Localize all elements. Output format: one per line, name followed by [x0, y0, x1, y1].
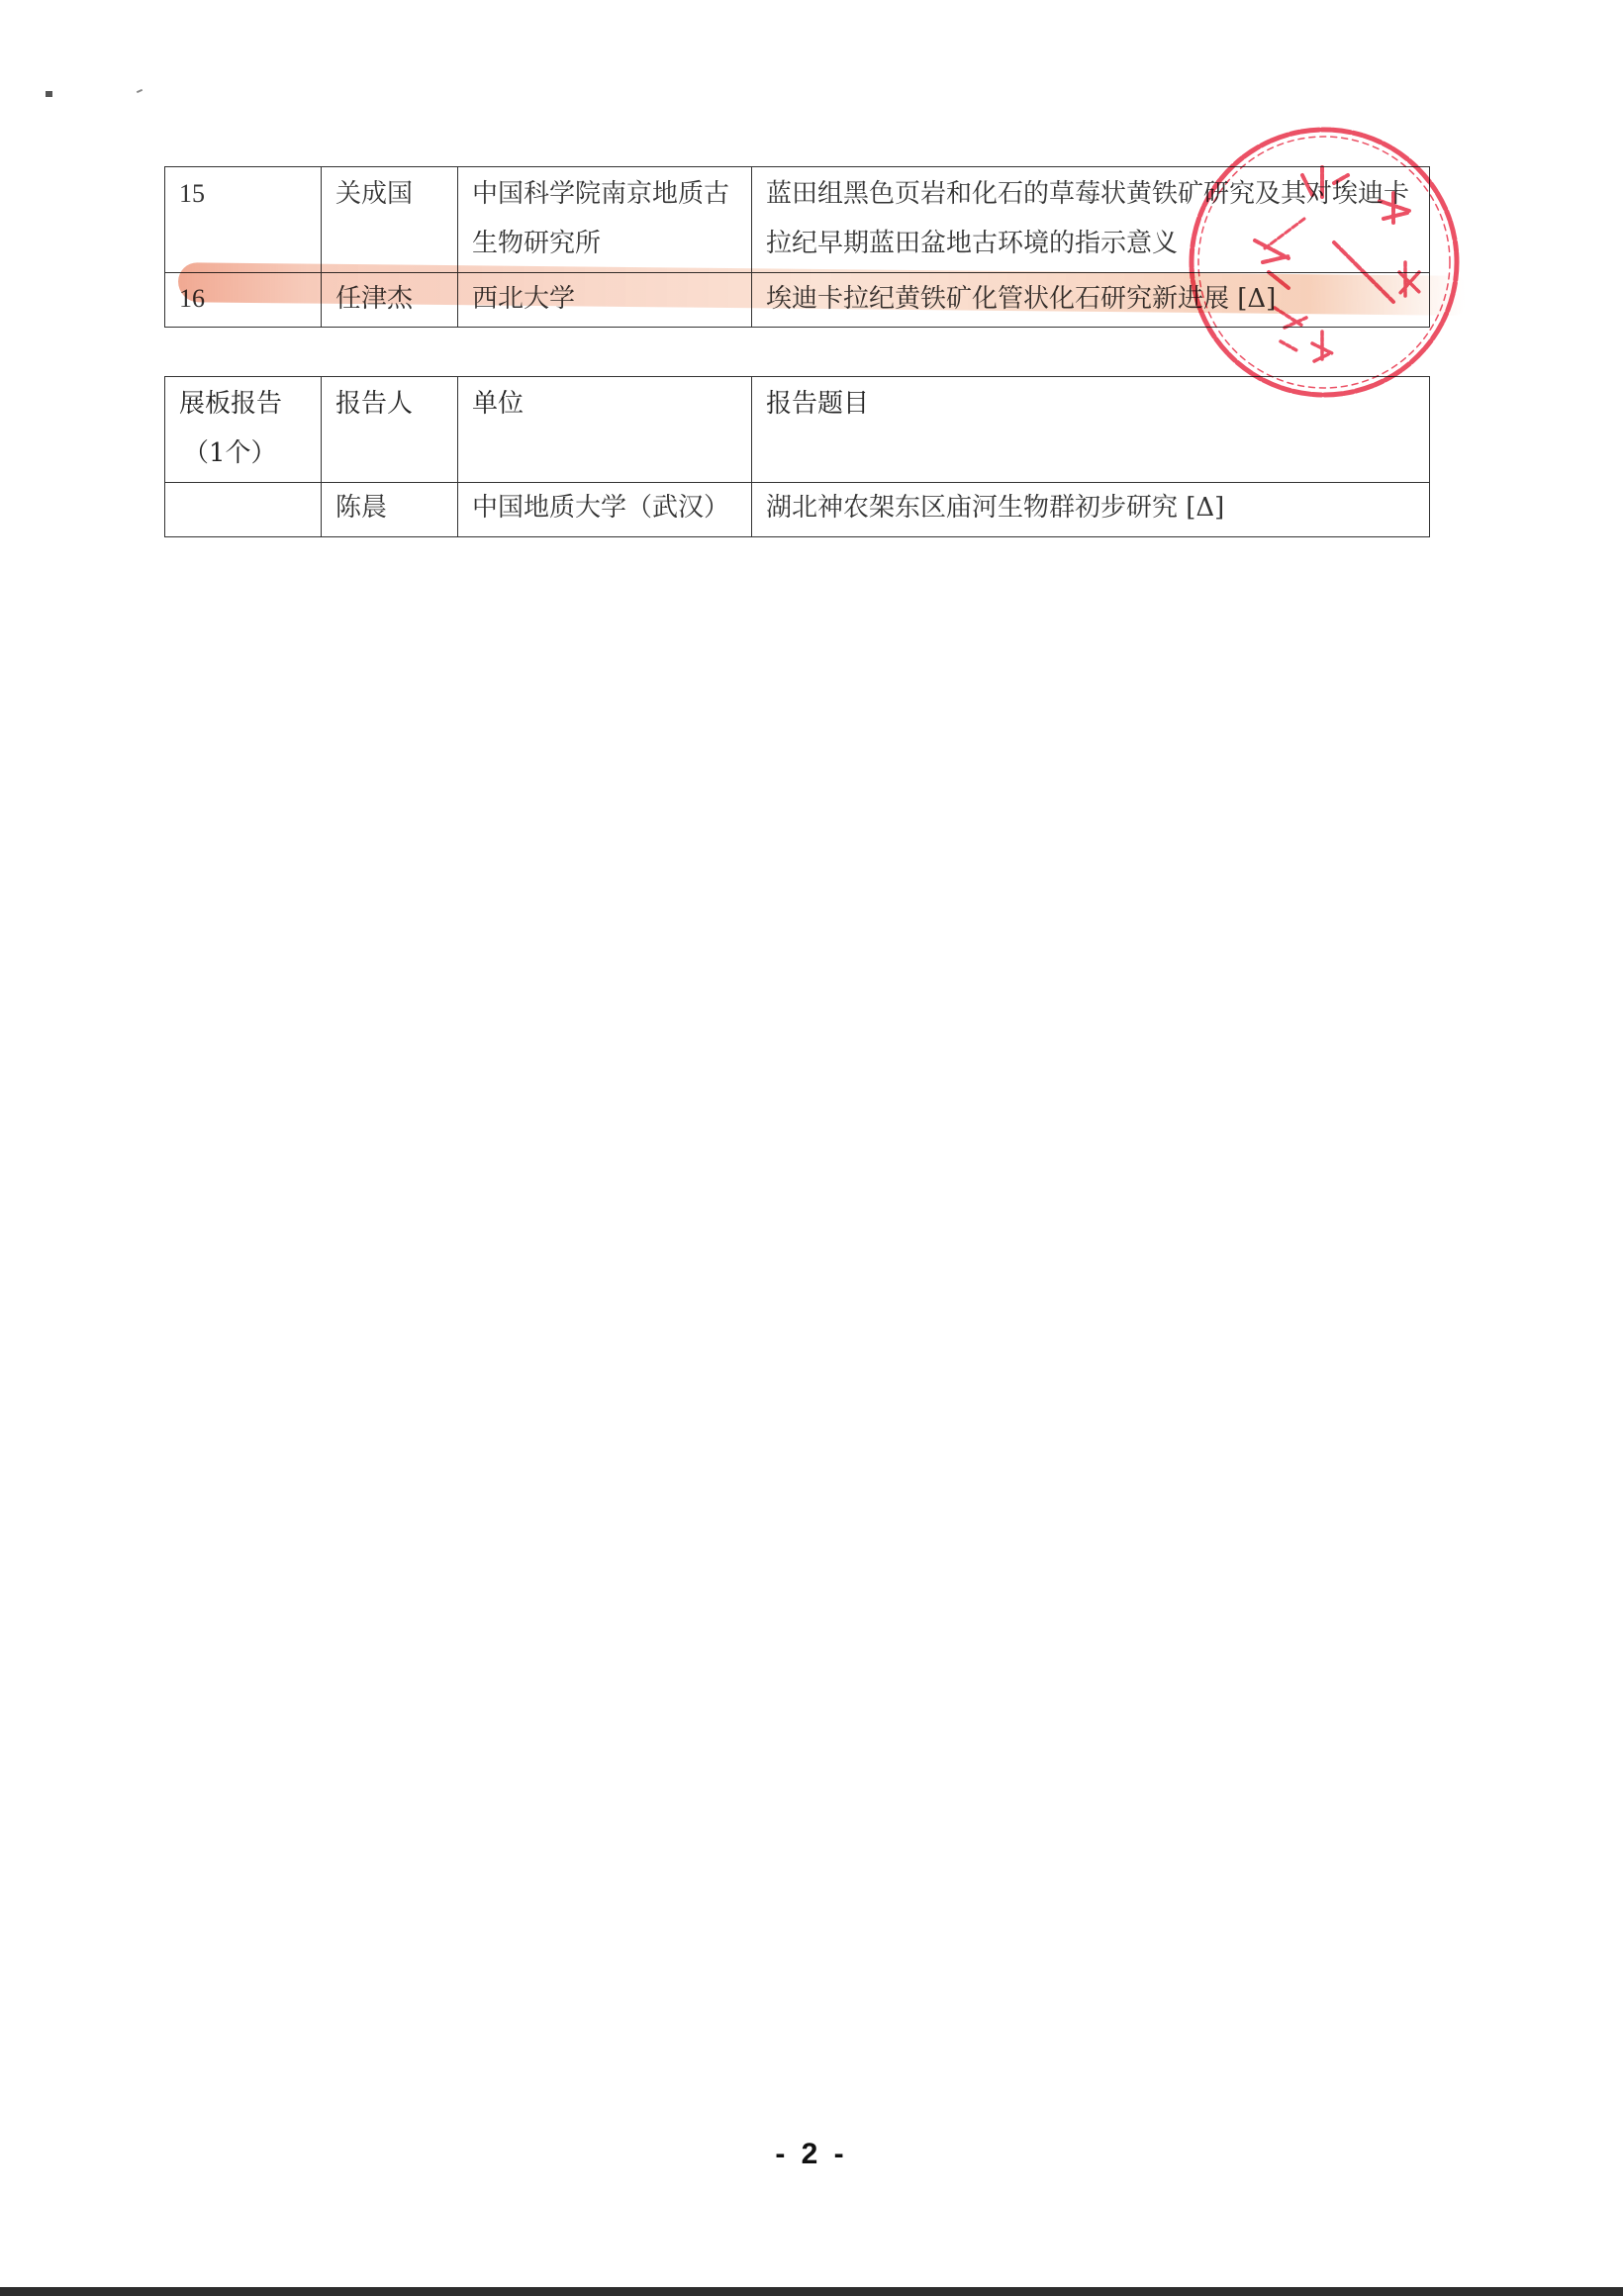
speaker-cell: 任津杰 — [322, 273, 458, 328]
table-row: 陈晨 中国地质大学（武汉） 湖北神农架东区庙河生物群初步研究 [Δ] — [165, 483, 1430, 537]
header-title: 报告题目 — [752, 377, 1430, 483]
affiliation-cell: 西北大学 — [458, 273, 752, 328]
scan-bottom-edge — [0, 2287, 1623, 2296]
header-affiliation: 单位 — [458, 377, 752, 483]
oral-report-table-continued: 15 关成国 中国科学院南京地质古生物研究所 蓝田组黑色页岩和化石的草莓状黄铁矿… — [164, 166, 1430, 328]
header-category: 展板报告 （1个） — [165, 377, 322, 483]
row-number — [165, 483, 322, 537]
poster-report-table: 展板报告 （1个） 报告人 单位 报告题目 陈晨 中国地质大学（武汉） 湖北神农… — [164, 376, 1430, 537]
affiliation-cell: 中国科学院南京地质古生物研究所 — [458, 167, 752, 273]
table-row: 15 关成国 中国科学院南京地质古生物研究所 蓝田组黑色页岩和化石的草莓状黄铁矿… — [165, 167, 1430, 273]
title-cell: 埃迪卡拉纪黄铁矿化管状化石研究新进展 [Δ] — [752, 273, 1430, 328]
speaker-cell: 陈晨 — [322, 483, 458, 537]
page-number: - 2 - — [0, 2138, 1623, 2171]
speaker-cell: 关成国 — [322, 167, 458, 273]
affiliation-cell: 中国地质大学（武汉） — [458, 483, 752, 537]
scan-artifact — [46, 91, 52, 97]
row-number: 16 — [165, 273, 322, 328]
table-header-row: 展板报告 （1个） 报告人 单位 报告题目 — [165, 377, 1430, 483]
row-number: 15 — [165, 167, 322, 273]
scan-artifact — [137, 89, 143, 93]
header-category-label: 展板报告 — [179, 389, 282, 419]
header-category-count: （1个） — [179, 429, 307, 478]
title-cell: 蓝田组黑色页岩和化石的草莓状黄铁矿研究及其对埃迪卡拉纪早期蓝田盆地古环境的指示意… — [752, 167, 1430, 273]
table-row: 16 任津杰 西北大学 埃迪卡拉纪黄铁矿化管状化石研究新进展 [Δ] — [165, 273, 1430, 328]
header-speaker: 报告人 — [322, 377, 458, 483]
title-cell: 湖北神农架东区庙河生物群初步研究 [Δ] — [752, 483, 1430, 537]
